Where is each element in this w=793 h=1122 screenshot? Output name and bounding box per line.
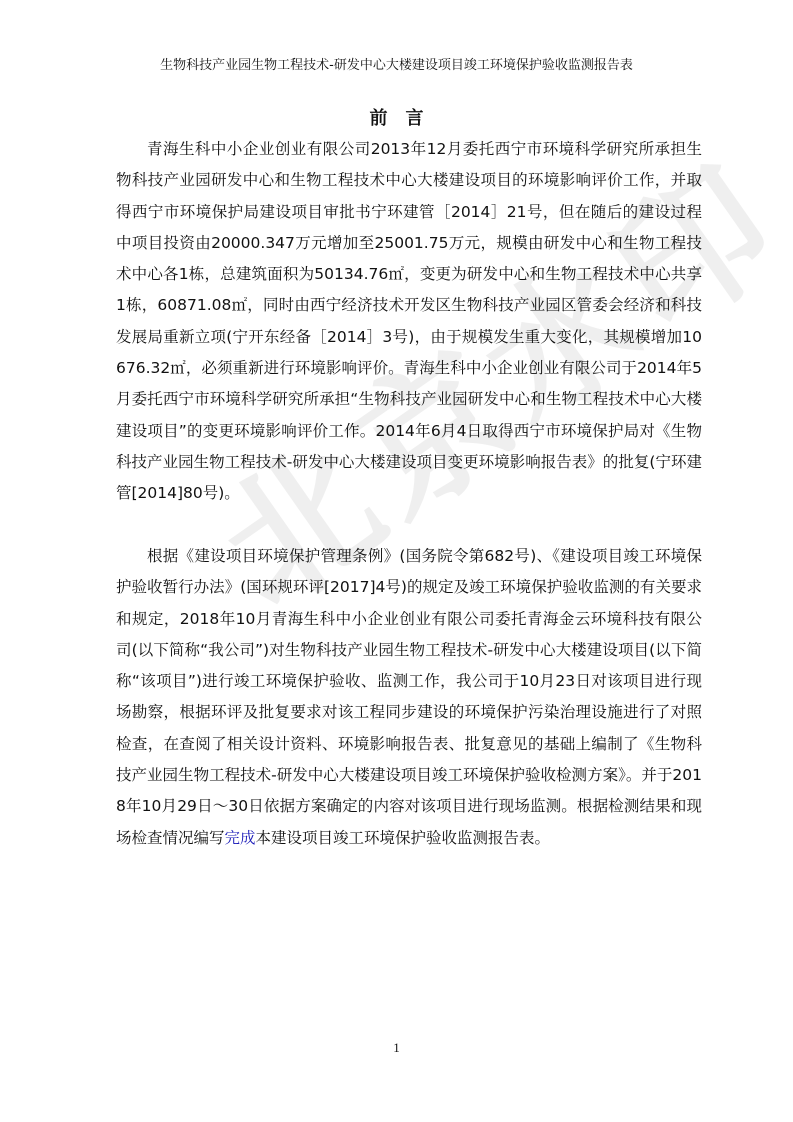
highlighted-text: 完成: [225, 829, 256, 847]
section-title: 前言: [0, 104, 793, 130]
body-paragraph: 根据《建设项目环境保护管理条例》(国务院令第682号)、《建设项目竣工环境保护验…: [116, 541, 702, 854]
paragraph-text: 根据《建设项目环境保护管理条例》(国务院令第682号)、《建设项目竣工环境保护验…: [116, 547, 702, 847]
running-header: 生物科技产业园生物工程技术-研发中心大楼建设项目竣工环境保护验收监测报告表: [0, 54, 793, 73]
body-paragraph-2-container: 根据《建设项目环境保护管理条例》(国务院令第682号)、《建设项目竣工环境保护验…: [116, 541, 702, 854]
body-paragraph-1-container: 青海生科中小企业创业有限公司2013年12月委托西宁市环境科学研究所承担生物科技…: [116, 134, 702, 510]
page-number: 1: [0, 1040, 793, 1056]
body-paragraph: 青海生科中小企业创业有限公司2013年12月委托西宁市环境科学研究所承担生物科技…: [116, 134, 702, 510]
paragraph-text-tail: 本建设项目竣工环境保护验收监测报告表。: [256, 829, 551, 847]
